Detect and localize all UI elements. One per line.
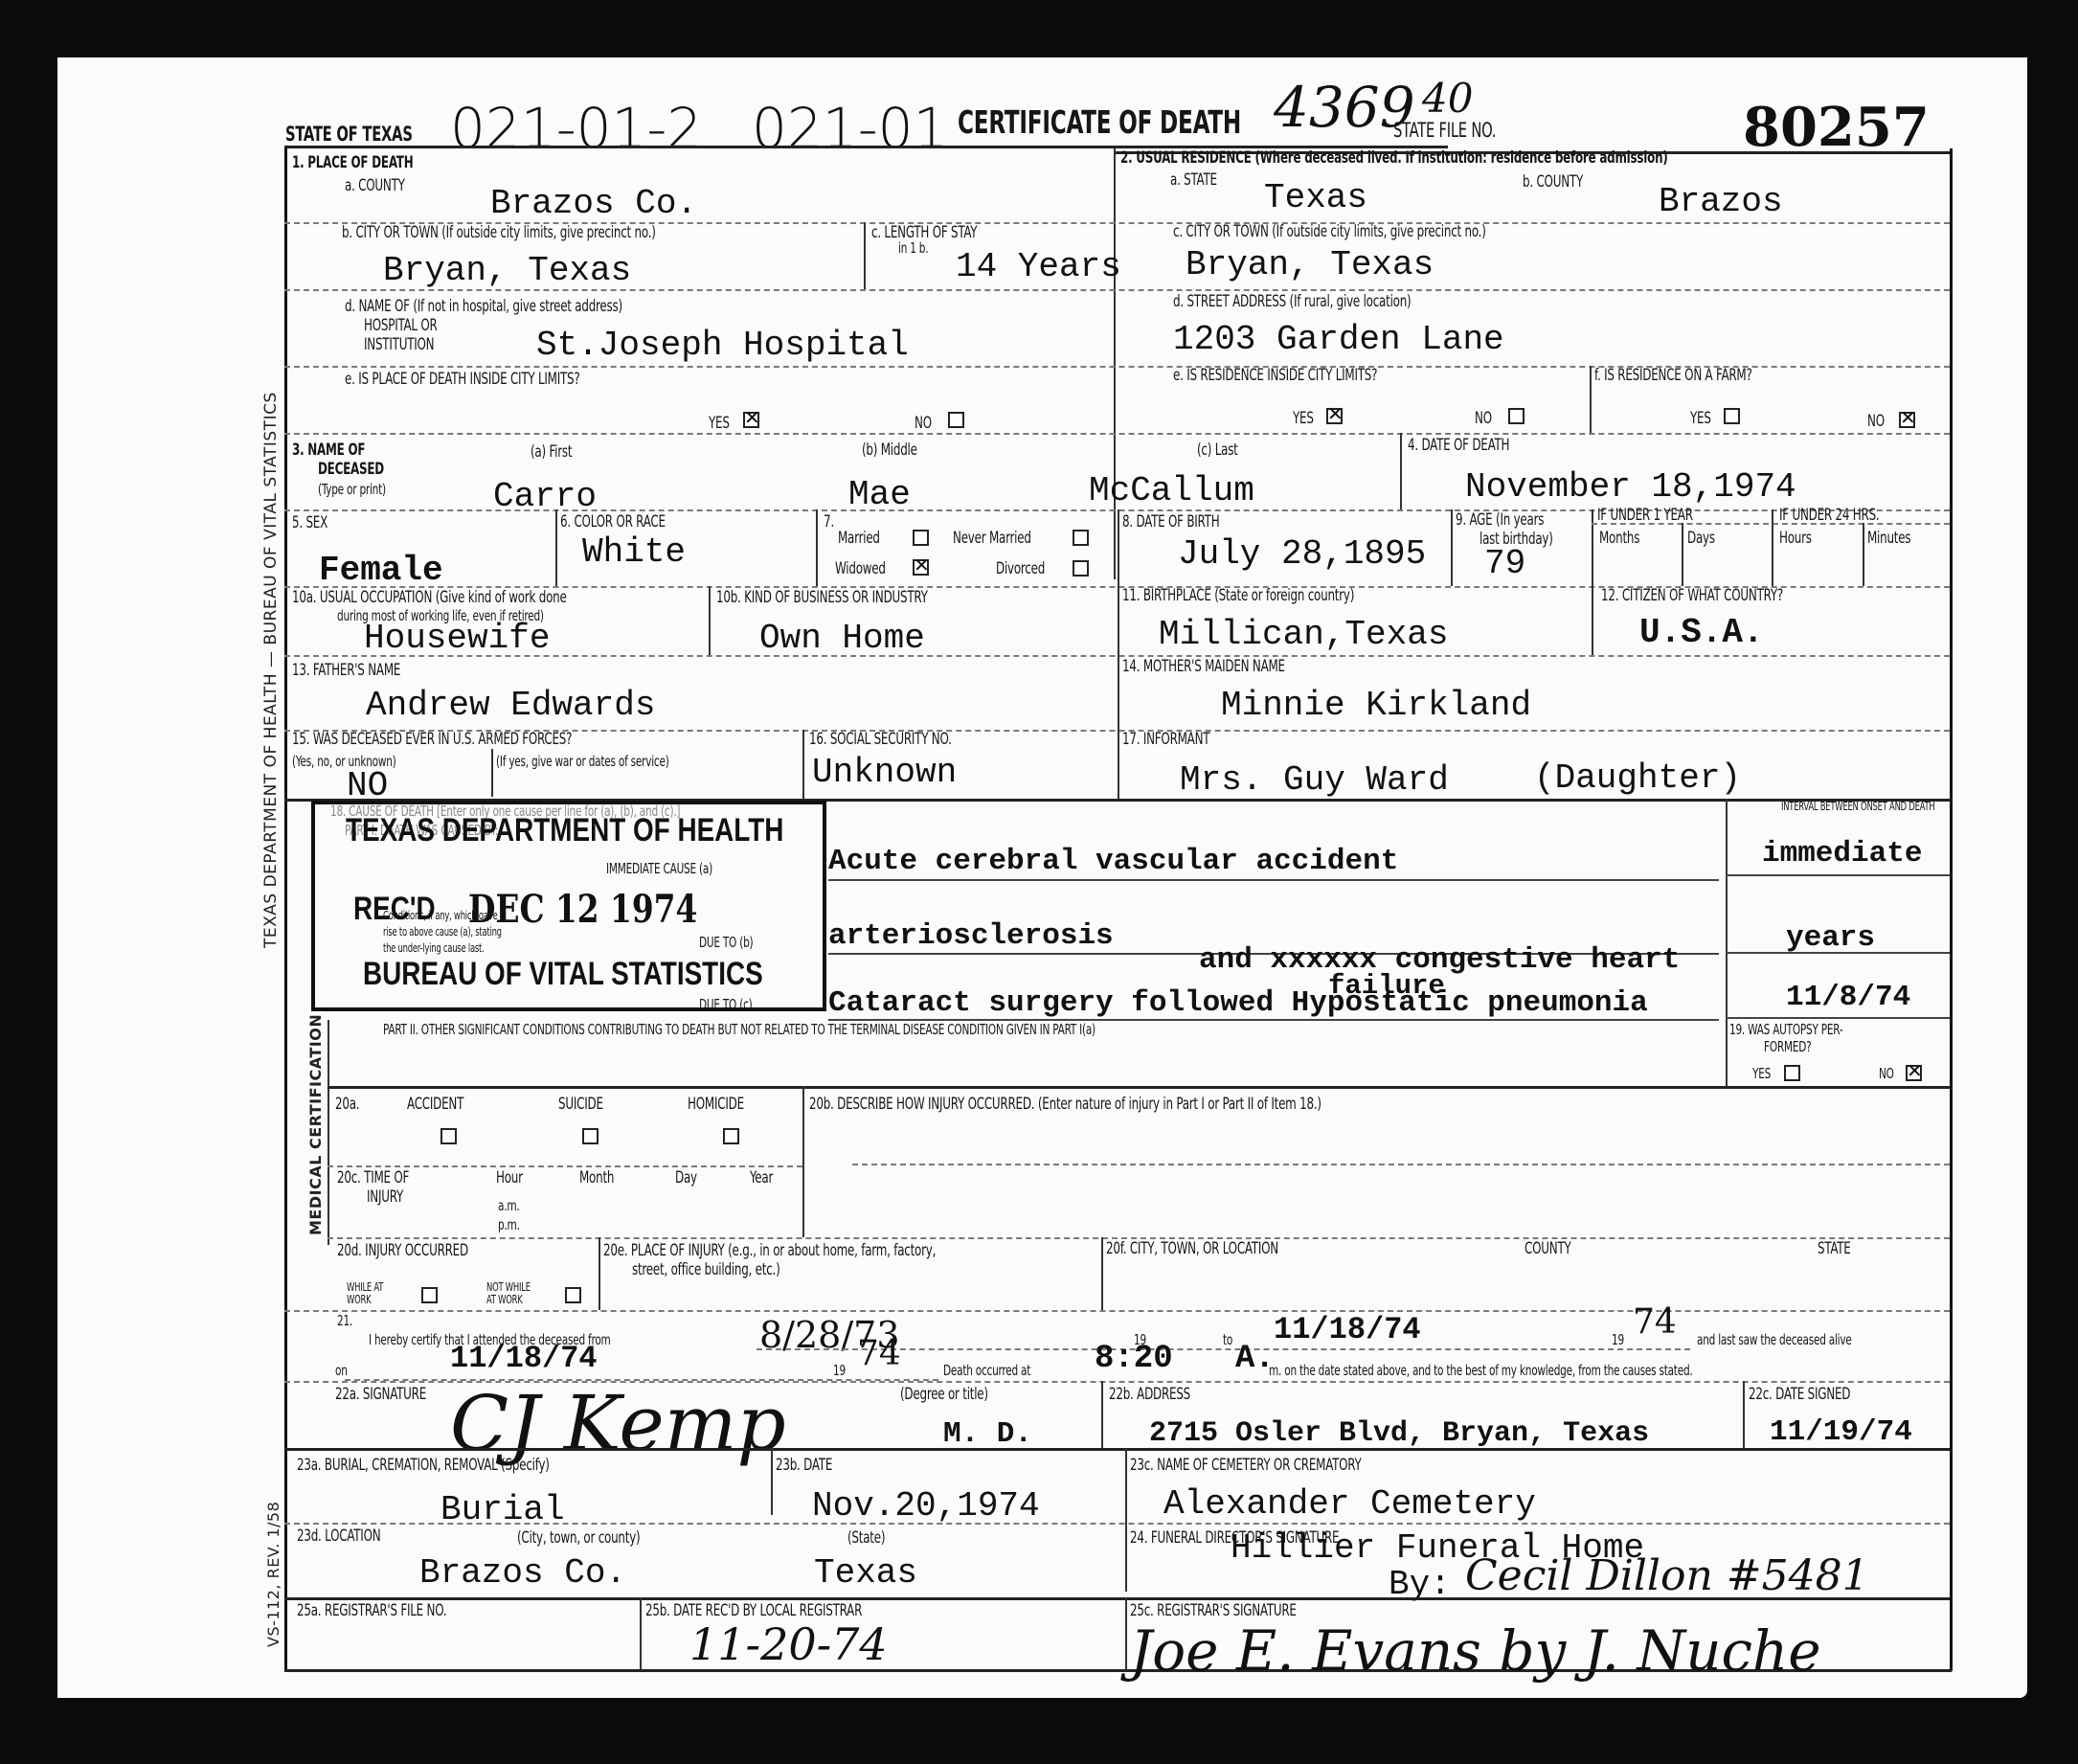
registrar-signature: Joe E. Evans by J. Nuche bbox=[1130, 1618, 1821, 1684]
pod-stay-value: 14 Years bbox=[956, 247, 1121, 286]
cause-c-value: Cataract surgery followed Hypostatic pne… bbox=[828, 986, 1648, 1020]
birthplace-value: Millican,Texas bbox=[1159, 615, 1448, 654]
on-label: on bbox=[335, 1362, 348, 1379]
months-label: Months bbox=[1599, 529, 1639, 548]
name-label-2: DECEASED bbox=[318, 460, 384, 479]
widowed-checkbox[interactable] bbox=[913, 559, 929, 576]
cause-a-interval: immediate bbox=[1762, 837, 1922, 871]
married-checkbox[interactable] bbox=[913, 530, 929, 546]
am-label: a.m. bbox=[498, 1197, 519, 1214]
degree-label: (Degree or title) bbox=[900, 1385, 988, 1404]
res-street-value: 1203 Garden Lane bbox=[1173, 320, 1504, 359]
location-value: Brazos Co. bbox=[419, 1553, 626, 1593]
race-label: 6. COLOR OR RACE bbox=[560, 512, 666, 531]
res-inside-limits-label: e. IS RESIDENCE INSIDE CITY LIMITS? bbox=[1173, 366, 1377, 385]
not-while-at-work-label: NOT WHILE AT WORK bbox=[486, 1281, 531, 1306]
farm-no-checkbox[interactable] bbox=[1899, 412, 1915, 428]
date-signed-label: 22c. DATE SIGNED bbox=[1749, 1385, 1850, 1404]
res-city-value: Bryan, Texas bbox=[1186, 245, 1434, 284]
registrar-date-label: 25b. DATE REC'D BY LOCAL REGISTRAR bbox=[645, 1601, 862, 1620]
row-rule bbox=[284, 1523, 1950, 1525]
date-signed-value: 11/19/74 bbox=[1770, 1415, 1912, 1449]
pod-hospital-value: St.Joseph Hospital bbox=[536, 326, 909, 365]
place-of-injury-label-2: street, office building, etc.) bbox=[632, 1260, 780, 1279]
interval-line bbox=[1726, 952, 1950, 954]
pod-yes-label: YES bbox=[709, 414, 730, 433]
last-seen-year: 74 bbox=[857, 1334, 901, 1373]
middle-name-value: Mae bbox=[848, 475, 911, 514]
divorced-label: Divorced bbox=[996, 559, 1045, 578]
death-at-label: Death occurred at bbox=[943, 1362, 1030, 1379]
mother-label: 14. MOTHER'S MAIDEN NAME bbox=[1122, 657, 1285, 676]
col-divider bbox=[1863, 523, 1864, 586]
pod-city-value: Bryan, Texas bbox=[383, 251, 631, 290]
col-divider bbox=[802, 730, 804, 799]
col-divider bbox=[1592, 586, 1593, 655]
residence-label: 2. USUAL RESIDENCE (Where deceased lived… bbox=[1120, 148, 1668, 168]
state-file-number: 80257 bbox=[1743, 96, 1930, 159]
col-divider bbox=[555, 509, 557, 586]
time-of-injury-label-2: INJURY bbox=[367, 1187, 403, 1207]
injury-county-label: COUNTY bbox=[1525, 1239, 1571, 1258]
margin-vertical-text: TEXAS DEPARTMENT OF HEALTH — BUREAU OF V… bbox=[261, 392, 281, 948]
birthplace-label: 11. BIRTHPLACE (State or foreign country… bbox=[1122, 586, 1354, 605]
funeral-director-signature: Cecil Dillon #5481 bbox=[1465, 1551, 1869, 1600]
disposition-date-value: Nov.20,1974 bbox=[812, 1486, 1040, 1526]
disposition-date-label: 23b. DATE bbox=[776, 1456, 832, 1475]
place-of-injury-label: 20e. PLACE OF INJURY (e.g., in or about … bbox=[603, 1241, 936, 1260]
cert-text-2: and last saw the deceased alive bbox=[1697, 1331, 1852, 1348]
accident-label: ACCIDENT bbox=[407, 1095, 463, 1114]
pod-hospital-label: d. NAME OF (If not in hospital, give str… bbox=[345, 297, 622, 316]
farm-no-label: NO bbox=[1867, 412, 1885, 431]
sex-value: Female bbox=[319, 551, 443, 590]
age-label: 9. AGE (In years bbox=[1456, 510, 1544, 530]
signature-label: 22a. SIGNATURE bbox=[335, 1385, 426, 1404]
business-label: 10b. KIND OF BUSINESS OR INDUSTRY bbox=[716, 588, 928, 607]
col-divider bbox=[1125, 1597, 1127, 1669]
col-divider bbox=[640, 1597, 642, 1669]
col-divider bbox=[1743, 1381, 1745, 1448]
homicide-label: HOMICIDE bbox=[688, 1095, 744, 1114]
middle-name-label: (b) Middle bbox=[862, 441, 917, 460]
while-at-work-label: WHILE AT WORK bbox=[347, 1281, 384, 1306]
medical-divider bbox=[328, 1020, 329, 1245]
interval-line bbox=[1726, 874, 1950, 876]
row-rule bbox=[284, 433, 1950, 435]
never-married-checkbox[interactable] bbox=[1073, 530, 1089, 546]
res-state-label: a. STATE bbox=[1170, 170, 1217, 190]
time-of-injury-label: 20c. TIME OF bbox=[337, 1168, 409, 1187]
col-divider bbox=[1118, 509, 1119, 586]
interval-divider bbox=[1726, 799, 1728, 1086]
citizen-value: U.S.A. bbox=[1639, 613, 1764, 652]
sex-label: 5. SEX bbox=[292, 513, 328, 532]
res-city-label: c. CITY OR TOWN (If outside city limits,… bbox=[1173, 222, 1486, 241]
col-divider bbox=[1101, 1381, 1103, 1448]
days-label: Days bbox=[1687, 529, 1715, 548]
part2-label: PART II. OTHER SIGNIFICANT CONDITIONS CO… bbox=[383, 1021, 1095, 1038]
father-value: Andrew Edwards bbox=[366, 686, 655, 725]
attended-to-year: 74 bbox=[1633, 1302, 1677, 1342]
not-while-at-work-checkbox[interactable] bbox=[565, 1287, 581, 1303]
col-divider bbox=[491, 749, 493, 797]
pod-inside-limits-label: e. IS PLACE OF DEATH INSIDE CITY LIMITS? bbox=[345, 370, 580, 389]
business-value: Own Home bbox=[759, 619, 925, 658]
mother-value: Minnie Kirkland bbox=[1221, 686, 1531, 725]
suicide-label: SUICIDE bbox=[558, 1095, 603, 1114]
farm-yes-checkbox[interactable] bbox=[1724, 408, 1740, 424]
cause-a-value: Acute cerebral vascular accident bbox=[828, 845, 1398, 878]
col-divider bbox=[1125, 1448, 1127, 1592]
col-divider bbox=[599, 1237, 600, 1310]
occupation-value: Housewife bbox=[364, 619, 550, 658]
widowed-label: Widowed bbox=[835, 559, 886, 578]
informant-value: Mrs. Guy Ward bbox=[1180, 760, 1449, 800]
form-number: VS-112, REV. 1/58 bbox=[264, 1502, 282, 1647]
year-label: Year bbox=[750, 1168, 773, 1187]
date-of-death-label: 4. DATE OF DEATH bbox=[1408, 436, 1509, 455]
location-sub-label: (City, town, or county) bbox=[517, 1528, 640, 1548]
cemetery-value: Alexander Cemetery bbox=[1163, 1484, 1536, 1524]
degree-value: M. D. bbox=[943, 1417, 1032, 1451]
received-stamp: TEXAS DEPARTMENT OF HEALTH REC'D DEC 12 … bbox=[311, 801, 826, 1011]
marital-label: 7. bbox=[824, 512, 834, 531]
pod-hospital-label-2: HOSPITAL OR bbox=[364, 316, 438, 335]
autopsy-no-checkbox[interactable] bbox=[1906, 1065, 1922, 1081]
informant-relation: (Daughter) bbox=[1534, 758, 1741, 798]
col-divider bbox=[1772, 509, 1773, 586]
married-label: Married bbox=[838, 529, 880, 548]
res-yes-label: YES bbox=[1293, 409, 1314, 428]
stamp-received: REC'D bbox=[353, 891, 436, 928]
res-county-label: b. COUNTY bbox=[1523, 172, 1583, 192]
stamp-line-1: TEXAS DEPARTMENT OF HEALTH bbox=[346, 812, 783, 849]
col-divider bbox=[1118, 730, 1119, 799]
cause-a-line bbox=[828, 879, 1719, 881]
never-married-label: Never Married bbox=[953, 529, 1031, 548]
res-inside-no-checkbox[interactable] bbox=[1508, 408, 1525, 424]
location-state-value: Texas bbox=[814, 1553, 917, 1593]
col-divider bbox=[771, 1448, 773, 1515]
col-divider bbox=[1400, 433, 1402, 509]
accident-checkbox[interactable] bbox=[440, 1128, 457, 1144]
registrar-date-value: 11-20-74 bbox=[689, 1618, 888, 1670]
to-label: to bbox=[1223, 1331, 1232, 1348]
injury-occurred-label: 20d. INJURY OCCURRED bbox=[337, 1241, 468, 1260]
section-rule bbox=[284, 1597, 1950, 1600]
under-1-year-label: IF UNDER 1 YEAR bbox=[1597, 506, 1693, 525]
armed-sub-2: (If yes, give war or dates of service) bbox=[496, 753, 669, 770]
form-left-border bbox=[284, 148, 287, 1671]
res-farm-label: f. IS RESIDENCE ON A FARM? bbox=[1594, 366, 1752, 385]
state-of-texas-label: STATE OF TEXAS bbox=[285, 123, 413, 146]
minutes-label: Minutes bbox=[1867, 529, 1910, 548]
name-label: 3. NAME OF bbox=[292, 441, 365, 460]
hours-label: Hours bbox=[1779, 529, 1812, 548]
address-label: 22b. ADDRESS bbox=[1109, 1385, 1190, 1404]
injury-state-label: STATE bbox=[1818, 1239, 1851, 1258]
location-label: 23d. LOCATION bbox=[297, 1527, 380, 1546]
describe-line bbox=[852, 1164, 1950, 1165]
divorced-checkbox[interactable] bbox=[1073, 560, 1089, 577]
hour-label: Hour bbox=[496, 1168, 523, 1187]
medical-certification-label: MEDICAL CERTIFICATION bbox=[306, 1014, 325, 1235]
attended-to: 11/18/74 bbox=[1274, 1312, 1421, 1347]
col-divider bbox=[1590, 366, 1592, 433]
col-divider bbox=[1451, 509, 1453, 586]
res-county-value: Brazos bbox=[1659, 182, 1783, 221]
disposition-method-label: 23a. BURIAL, CREMATION, REMOVAL (Specify… bbox=[297, 1456, 550, 1475]
res-no-label: NO bbox=[1475, 409, 1492, 428]
autopsy-no-label: NO bbox=[1879, 1065, 1894, 1082]
state-file-label: STATE FILE NO. bbox=[1393, 119, 1496, 142]
date-of-death-value: November 18,1974 bbox=[1465, 467, 1796, 507]
cemetery-label: 23c. NAME OF CEMETERY OR CREMATORY bbox=[1130, 1456, 1362, 1475]
citizen-label: 12. CITIZEN OF WHAT COUNTRY? bbox=[1601, 586, 1783, 605]
dob-value: July 28,1895 bbox=[1178, 534, 1426, 574]
month-label: Month bbox=[579, 1168, 614, 1187]
pm-label: p.m. bbox=[498, 1216, 520, 1233]
place-of-death-label: 1. PLACE OF DEATH bbox=[292, 153, 413, 172]
injury-location-label: 20f. CITY, TOWN, OR LOCATION bbox=[1106, 1239, 1278, 1258]
pod-no-label: NO bbox=[915, 414, 932, 433]
under-24-hrs-label: IF UNDER 24 HRS. bbox=[1779, 506, 1879, 525]
col-divider bbox=[802, 1086, 804, 1237]
row-rule bbox=[284, 1310, 1950, 1312]
occupation-label: 10a. USUAL OCCUPATION (Give kind of work… bbox=[292, 588, 567, 607]
col-divider bbox=[709, 586, 711, 655]
cert-item-label: 21. bbox=[337, 1312, 352, 1329]
section-rule bbox=[284, 1448, 1950, 1451]
sub-rule bbox=[1592, 523, 1950, 525]
section-rule bbox=[328, 1086, 1950, 1089]
interval-label: INTERVAL BETWEEN ONSET AND DEATH bbox=[1781, 800, 1934, 813]
pod-city-label: b. CITY OR TOWN (If outside city limits,… bbox=[342, 223, 656, 242]
registrar-file-label: 25a. REGISTRAR'S FILE NO. bbox=[297, 1601, 446, 1620]
autopsy-yes-checkbox[interactable] bbox=[1784, 1065, 1800, 1081]
col-divider bbox=[816, 509, 818, 586]
col-divider-top bbox=[1114, 148, 1116, 579]
last-name-value: McCallum bbox=[1089, 471, 1254, 510]
ssn-label: 16. SOCIAL SECURITY NO. bbox=[809, 730, 952, 749]
res-state-value: Texas bbox=[1264, 178, 1367, 217]
nineteen-label-2: 19 bbox=[1612, 1331, 1624, 1348]
pod-inside-yes-checkbox[interactable] bbox=[743, 412, 759, 428]
pod-hospital-label-3: INSTITUTION bbox=[364, 335, 434, 354]
last-seen-date: 11/18/74 bbox=[450, 1341, 598, 1376]
informant-label: 17. INFORMANT bbox=[1122, 730, 1209, 749]
stamp-date: DEC 12 1974 bbox=[468, 887, 697, 932]
cert-text-3: m. on the date stated above, and to the … bbox=[1269, 1362, 1693, 1379]
death-time: 8:20 bbox=[1095, 1341, 1173, 1377]
res-inside-yes-checkbox[interactable] bbox=[1326, 408, 1343, 424]
col-divider bbox=[864, 222, 866, 289]
state-sub-label: (State) bbox=[847, 1528, 885, 1548]
res-street-label: d. STREET ADDRESS (If rural, give locati… bbox=[1173, 292, 1411, 311]
stamp-line-3: BUREAU OF VITAL STATISTICS bbox=[363, 956, 763, 993]
homicide-checkbox[interactable] bbox=[723, 1128, 739, 1144]
pod-county-label: a. COUNTY bbox=[345, 176, 405, 195]
dob-label: 8. DATE OF BIRTH bbox=[1122, 512, 1219, 531]
col-divider bbox=[1592, 509, 1593, 586]
interval-line bbox=[1726, 1017, 1950, 1019]
cause-b-interval: years bbox=[1786, 921, 1875, 955]
pod-stay-label-2: in 1 b. bbox=[898, 239, 928, 257]
name-label-3: (Type or print) bbox=[318, 481, 386, 498]
first-name-label: (a) First bbox=[531, 442, 572, 462]
handwritten-code-1: 021-01-2 bbox=[450, 96, 702, 161]
pod-inside-no-checkbox[interactable] bbox=[948, 412, 964, 428]
form-right-border bbox=[1950, 148, 1953, 1671]
registrar-signature-label: 25c. REGISTRAR'S SIGNATURE bbox=[1130, 1601, 1297, 1620]
last-name-label: (c) Last bbox=[1197, 441, 1238, 460]
race-value: White bbox=[582, 532, 686, 572]
cause-b-value: arteriosclerosis bbox=[828, 919, 1114, 953]
farm-yes-label: YES bbox=[1690, 409, 1711, 428]
ssn-value: Unknown bbox=[812, 753, 957, 792]
col-divider bbox=[1118, 586, 1119, 655]
day-label: Day bbox=[675, 1168, 697, 1187]
age-value: 79 bbox=[1484, 544, 1525, 583]
father-label: 13. FATHER'S NAME bbox=[292, 661, 400, 680]
nineteen-label-3: 19 bbox=[833, 1362, 846, 1379]
autopsy-yes-label: YES bbox=[1752, 1065, 1771, 1082]
col-divider bbox=[1682, 523, 1683, 586]
autopsy-label-2: FORMED? bbox=[1764, 1038, 1811, 1055]
describe-injury-label: 20b. DESCRIBE HOW INJURY OCCURRED. (Ente… bbox=[809, 1095, 1321, 1114]
while-at-work-checkbox[interactable] bbox=[421, 1287, 438, 1303]
row-rule bbox=[284, 289, 1950, 291]
autopsy-label: 19. WAS AUTOPSY PER- bbox=[1729, 1021, 1842, 1038]
handwritten-code-2: 021-01 bbox=[752, 96, 948, 161]
row-rule bbox=[328, 1165, 802, 1167]
suicide-checkbox[interactable] bbox=[582, 1128, 599, 1144]
col-divider bbox=[1118, 655, 1119, 730]
armed-forces-label: 15. WAS DECEASED EVER IN U.S. ARMED FORC… bbox=[292, 730, 572, 749]
handwritten-suffix: 40 bbox=[1422, 75, 1473, 122]
address-value: 2715 Osler Blvd, Bryan, Texas bbox=[1149, 1417, 1649, 1450]
injury-type-label: 20a. bbox=[335, 1095, 359, 1114]
pod-county-value: Brazos Co. bbox=[490, 184, 697, 223]
certificate-title: CERTIFICATE OF DEATH bbox=[958, 103, 1241, 141]
cause-c-interval: 11/8/74 bbox=[1786, 981, 1910, 1014]
col-divider bbox=[1101, 1237, 1103, 1310]
